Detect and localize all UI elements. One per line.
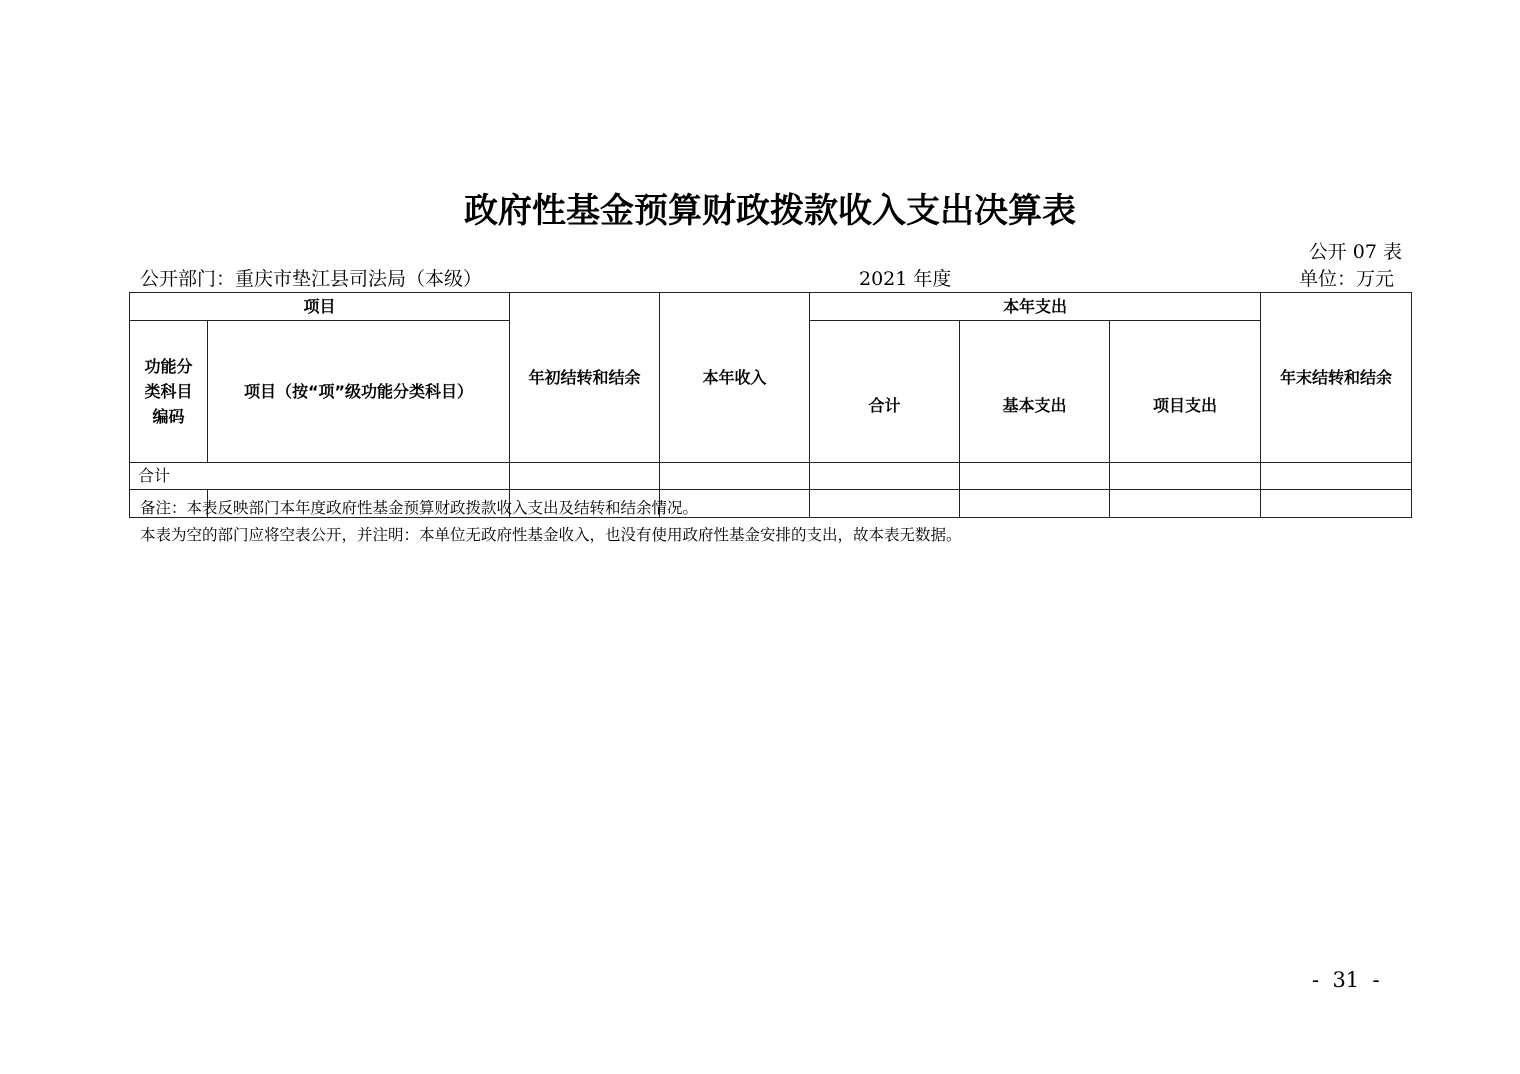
unit-label: 单位：万元 (1299, 264, 1394, 291)
total-closing-balance (1261, 463, 1412, 490)
total-row: 合计 (130, 463, 1412, 490)
header-exp-project: 项目支出 (1110, 321, 1261, 463)
budget-table: 项目 年初结转和结余 本年收入 本年支出 年末结转和结余 功能分类科目编码 项目… (129, 292, 1412, 518)
header-project-name: 项目（按“项”级功能分类科目） (208, 321, 510, 463)
total-label: 合计 (130, 463, 510, 490)
header-closing-balance: 年末结转和结余 (1261, 293, 1412, 463)
row-exp-total (810, 490, 960, 518)
fiscal-year: 2021 年度 (859, 264, 951, 291)
total-current-income (660, 463, 810, 490)
note-line-1: 备注：本表反映部门本年度政府性基金预算财政拨款收入支出及结转和结余情况。 (140, 496, 698, 518)
total-exp-total (810, 463, 960, 490)
header-exp-basic: 基本支出 (960, 321, 1110, 463)
header-current-income: 本年收入 (660, 293, 810, 463)
page-number: - 31 - (1312, 968, 1380, 992)
header-project-group: 项目 (130, 293, 510, 321)
page-title: 政府性基金预算财政拨款收入支出决算表 (0, 183, 1520, 232)
header-exp-total: 合计 (810, 321, 960, 463)
total-exp-basic (960, 463, 1110, 490)
row-exp-basic (960, 490, 1110, 518)
total-exp-project (1110, 463, 1261, 490)
department-label: 公开部门：重庆市垫江县司法局（本级） (140, 264, 482, 291)
note-line-2: 本表为空的部门应将空表公开，并注明：本单位无政府性基金收入，也没有使用政府性基金… (140, 523, 962, 545)
header-code: 功能分类科目编码 (130, 321, 208, 463)
table-number: 公开 07 表 (1309, 237, 1402, 264)
header-opening-balance: 年初结转和结余 (510, 293, 660, 463)
row-exp-project (1110, 490, 1261, 518)
header-expenditure-group: 本年支出 (810, 293, 1261, 321)
row-closing-balance (1261, 490, 1412, 518)
header-row-1: 项目 年初结转和结余 本年收入 本年支出 年末结转和结余 (130, 293, 1412, 321)
total-opening-balance (510, 463, 660, 490)
